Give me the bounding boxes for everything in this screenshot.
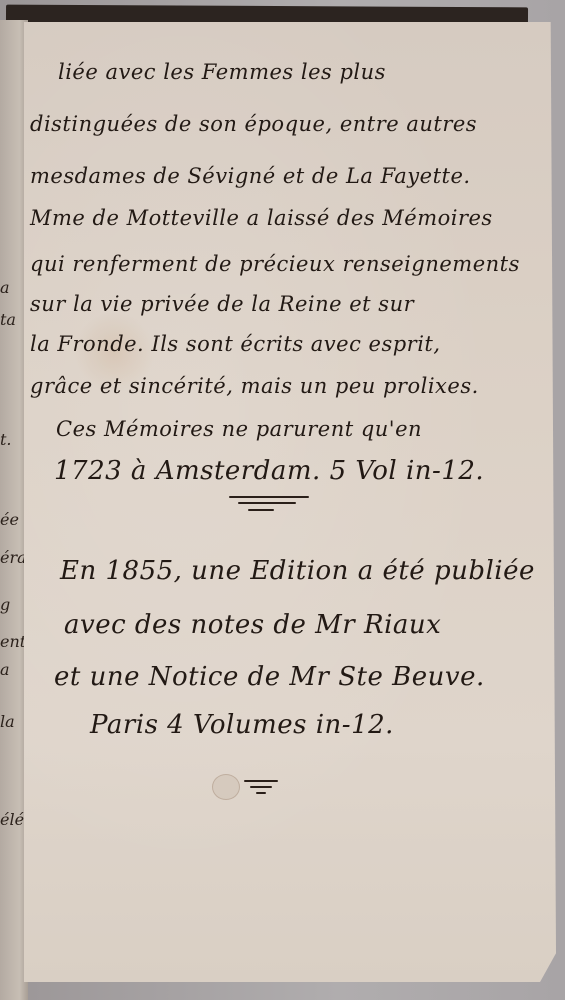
text-line: grâce et sincérité, mais un peu prolixes… <box>30 374 479 398</box>
text-line: Mme de Motteville a laissé des Mémoires <box>30 206 493 230</box>
manuscript-page: liée avec les Femmes les plus distinguée… <box>24 22 556 982</box>
text-line: qui renferment de précieux renseignement… <box>30 252 520 276</box>
facing-page-fragment: ée <box>0 510 19 529</box>
facing-page-fragment: t. <box>0 430 12 449</box>
text-line: la Fronde. Ils sont écrits avec esprit, <box>30 332 441 356</box>
text-line: et une Notice de Mr Ste Beuve. <box>54 662 485 692</box>
text-line: liée avec les Femmes les plus <box>58 60 386 84</box>
text-line: Paris 4 Volumes in-12. <box>90 710 394 740</box>
facing-page-fragment: a <box>0 278 10 297</box>
text-line: avec des notes de Mr Riaux <box>64 610 441 640</box>
facing-page-fragment: ta <box>0 310 16 329</box>
text-line: 1723 à Amsterdam. 5 Vol in-12. <box>54 456 484 486</box>
facing-page-fragment: a <box>0 660 10 679</box>
text-line: sur la vie privée de la Reine et sur <box>30 292 414 316</box>
facing-page-fragment: la <box>0 712 15 731</box>
text-line: distinguées de son époque, entre autres <box>30 112 477 136</box>
facing-page-fragment: g <box>0 595 10 614</box>
text-line: mesdames de Sévigné et de La Fayette. <box>30 164 471 188</box>
facing-page-fragment: ent <box>0 632 26 651</box>
facing-page-fragment: éra <box>0 548 27 567</box>
text-line: En 1855, une Edition a été publiée <box>60 556 535 586</box>
facing-page-fragment: élé <box>0 810 24 829</box>
text-line: Ces Mémoires ne parurent qu'en <box>56 417 422 441</box>
paper-stain <box>212 774 240 800</box>
facing-page: a ta t. ée éra g ent a la élé <box>0 20 28 1000</box>
